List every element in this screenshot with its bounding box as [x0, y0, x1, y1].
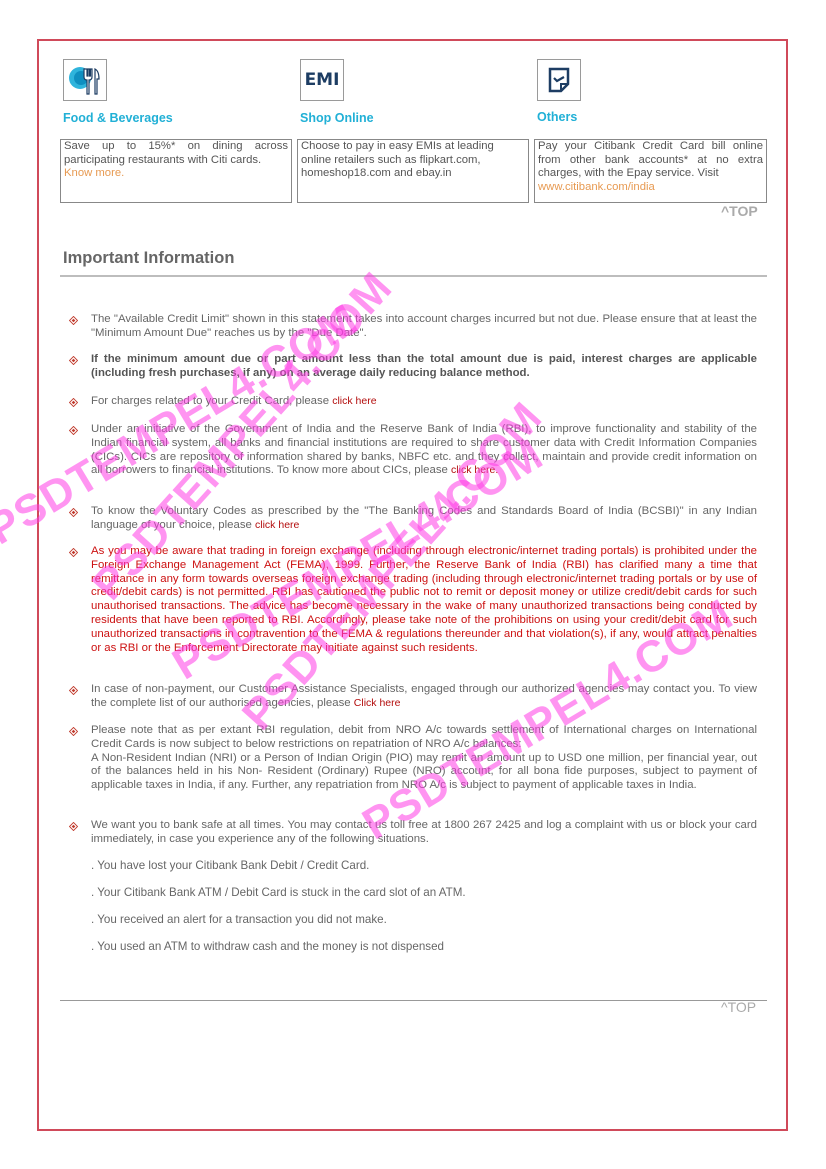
back-to-top-link-bottom[interactable]: ^TOP [721, 999, 756, 1015]
info-item: The "Available Credit Limit" shown in th… [91, 313, 757, 341]
info-item: If the minimum amount due or part amount… [91, 353, 757, 381]
diamond-bullet-icon [69, 686, 78, 695]
info-text: The "Available Credit Limit" shown in th… [91, 313, 757, 339]
dining-plate-fork-knife-icon [67, 63, 103, 97]
diamond-bullet-icon [69, 426, 78, 435]
tile-desc: Save up to 15%* on dining across partici… [64, 140, 288, 166]
info-text: We want you to bank safe at all times. Y… [91, 819, 757, 845]
tile-title-others: Others [537, 110, 577, 124]
situation-item: . You received an alert for a transactio… [91, 913, 387, 926]
info-item: Under an initiative of the Government of… [91, 423, 757, 478]
info-text: If the minimum amount due or part amount… [91, 353, 757, 379]
info-text: To know the Voluntary Codes as prescribe… [91, 505, 757, 531]
info-item: To know the Voluntary Codes as prescribe… [91, 505, 757, 533]
tile-desc: Pay your Citibank Credit Card bill onlin… [538, 140, 763, 179]
diamond-bullet-icon [69, 316, 78, 325]
citibank-india-link[interactable]: www.citibank.com/india [538, 181, 655, 193]
info-text: Please note that as per extant RBI regul… [91, 724, 757, 750]
info-item: Please note that as per extant RBI regul… [91, 724, 757, 793]
info-text: For charges related to your Credit Card,… [91, 395, 332, 407]
info-item: For charges related to your Credit Card,… [91, 395, 757, 409]
info-text: Under an initiative of the Government of… [91, 423, 757, 476]
bill-check-document-icon [547, 66, 571, 94]
info-item: In case of non-payment, our Customer Ass… [91, 683, 757, 711]
diamond-bullet-icon [69, 508, 78, 517]
situation-item: . Your Citibank Bank ATM / Debit Card is… [91, 886, 466, 899]
info-item: As you may be aware that trading in fore… [91, 545, 757, 655]
dining-icon-box[interactable] [63, 59, 107, 101]
click-here-link[interactable]: click here [332, 395, 376, 407]
tile-text-food: Save up to 15%* on dining across partici… [60, 139, 292, 203]
footer-divider [60, 1000, 767, 1001]
diamond-bullet-icon [69, 822, 78, 831]
heading-divider [60, 275, 767, 277]
emi-icon: EMI [305, 70, 340, 90]
tile-text-others: Pay your Citibank Credit Card bill onlin… [534, 139, 767, 203]
info-text: As you may be aware that trading in fore… [91, 545, 757, 654]
tile-text-shop: Choose to pay in easy EMIs at leading on… [297, 139, 529, 203]
click-here-link[interactable]: click here. [451, 464, 498, 476]
click-here-link[interactable]: Click here [354, 697, 401, 709]
back-to-top-link[interactable]: ^TOP [721, 203, 758, 219]
click-here-link[interactable]: click here [255, 519, 299, 531]
section-heading: Important Information [63, 249, 234, 268]
info-text-continued: A Non-Resident Indian (NRI) or a Person … [91, 752, 757, 792]
diamond-bullet-icon [69, 548, 78, 557]
info-item: We want you to bank safe at all times. Y… [91, 819, 757, 847]
tile-title-food: Food & Beverages [63, 111, 173, 125]
diamond-bullet-icon [69, 398, 78, 407]
diamond-bullet-icon [69, 356, 78, 365]
situation-item: . You have lost your Citibank Bank Debit… [91, 859, 369, 872]
situation-item: . You used an ATM to withdraw cash and t… [91, 940, 444, 953]
emi-icon-box[interactable]: EMI [300, 59, 344, 101]
info-text: In case of non-payment, our Customer Ass… [91, 683, 757, 709]
tile-title-shop: Shop Online [300, 111, 374, 125]
others-icon-box[interactable] [537, 59, 581, 101]
know-more-link[interactable]: Know more. [64, 167, 124, 179]
diamond-bullet-icon [69, 727, 78, 736]
